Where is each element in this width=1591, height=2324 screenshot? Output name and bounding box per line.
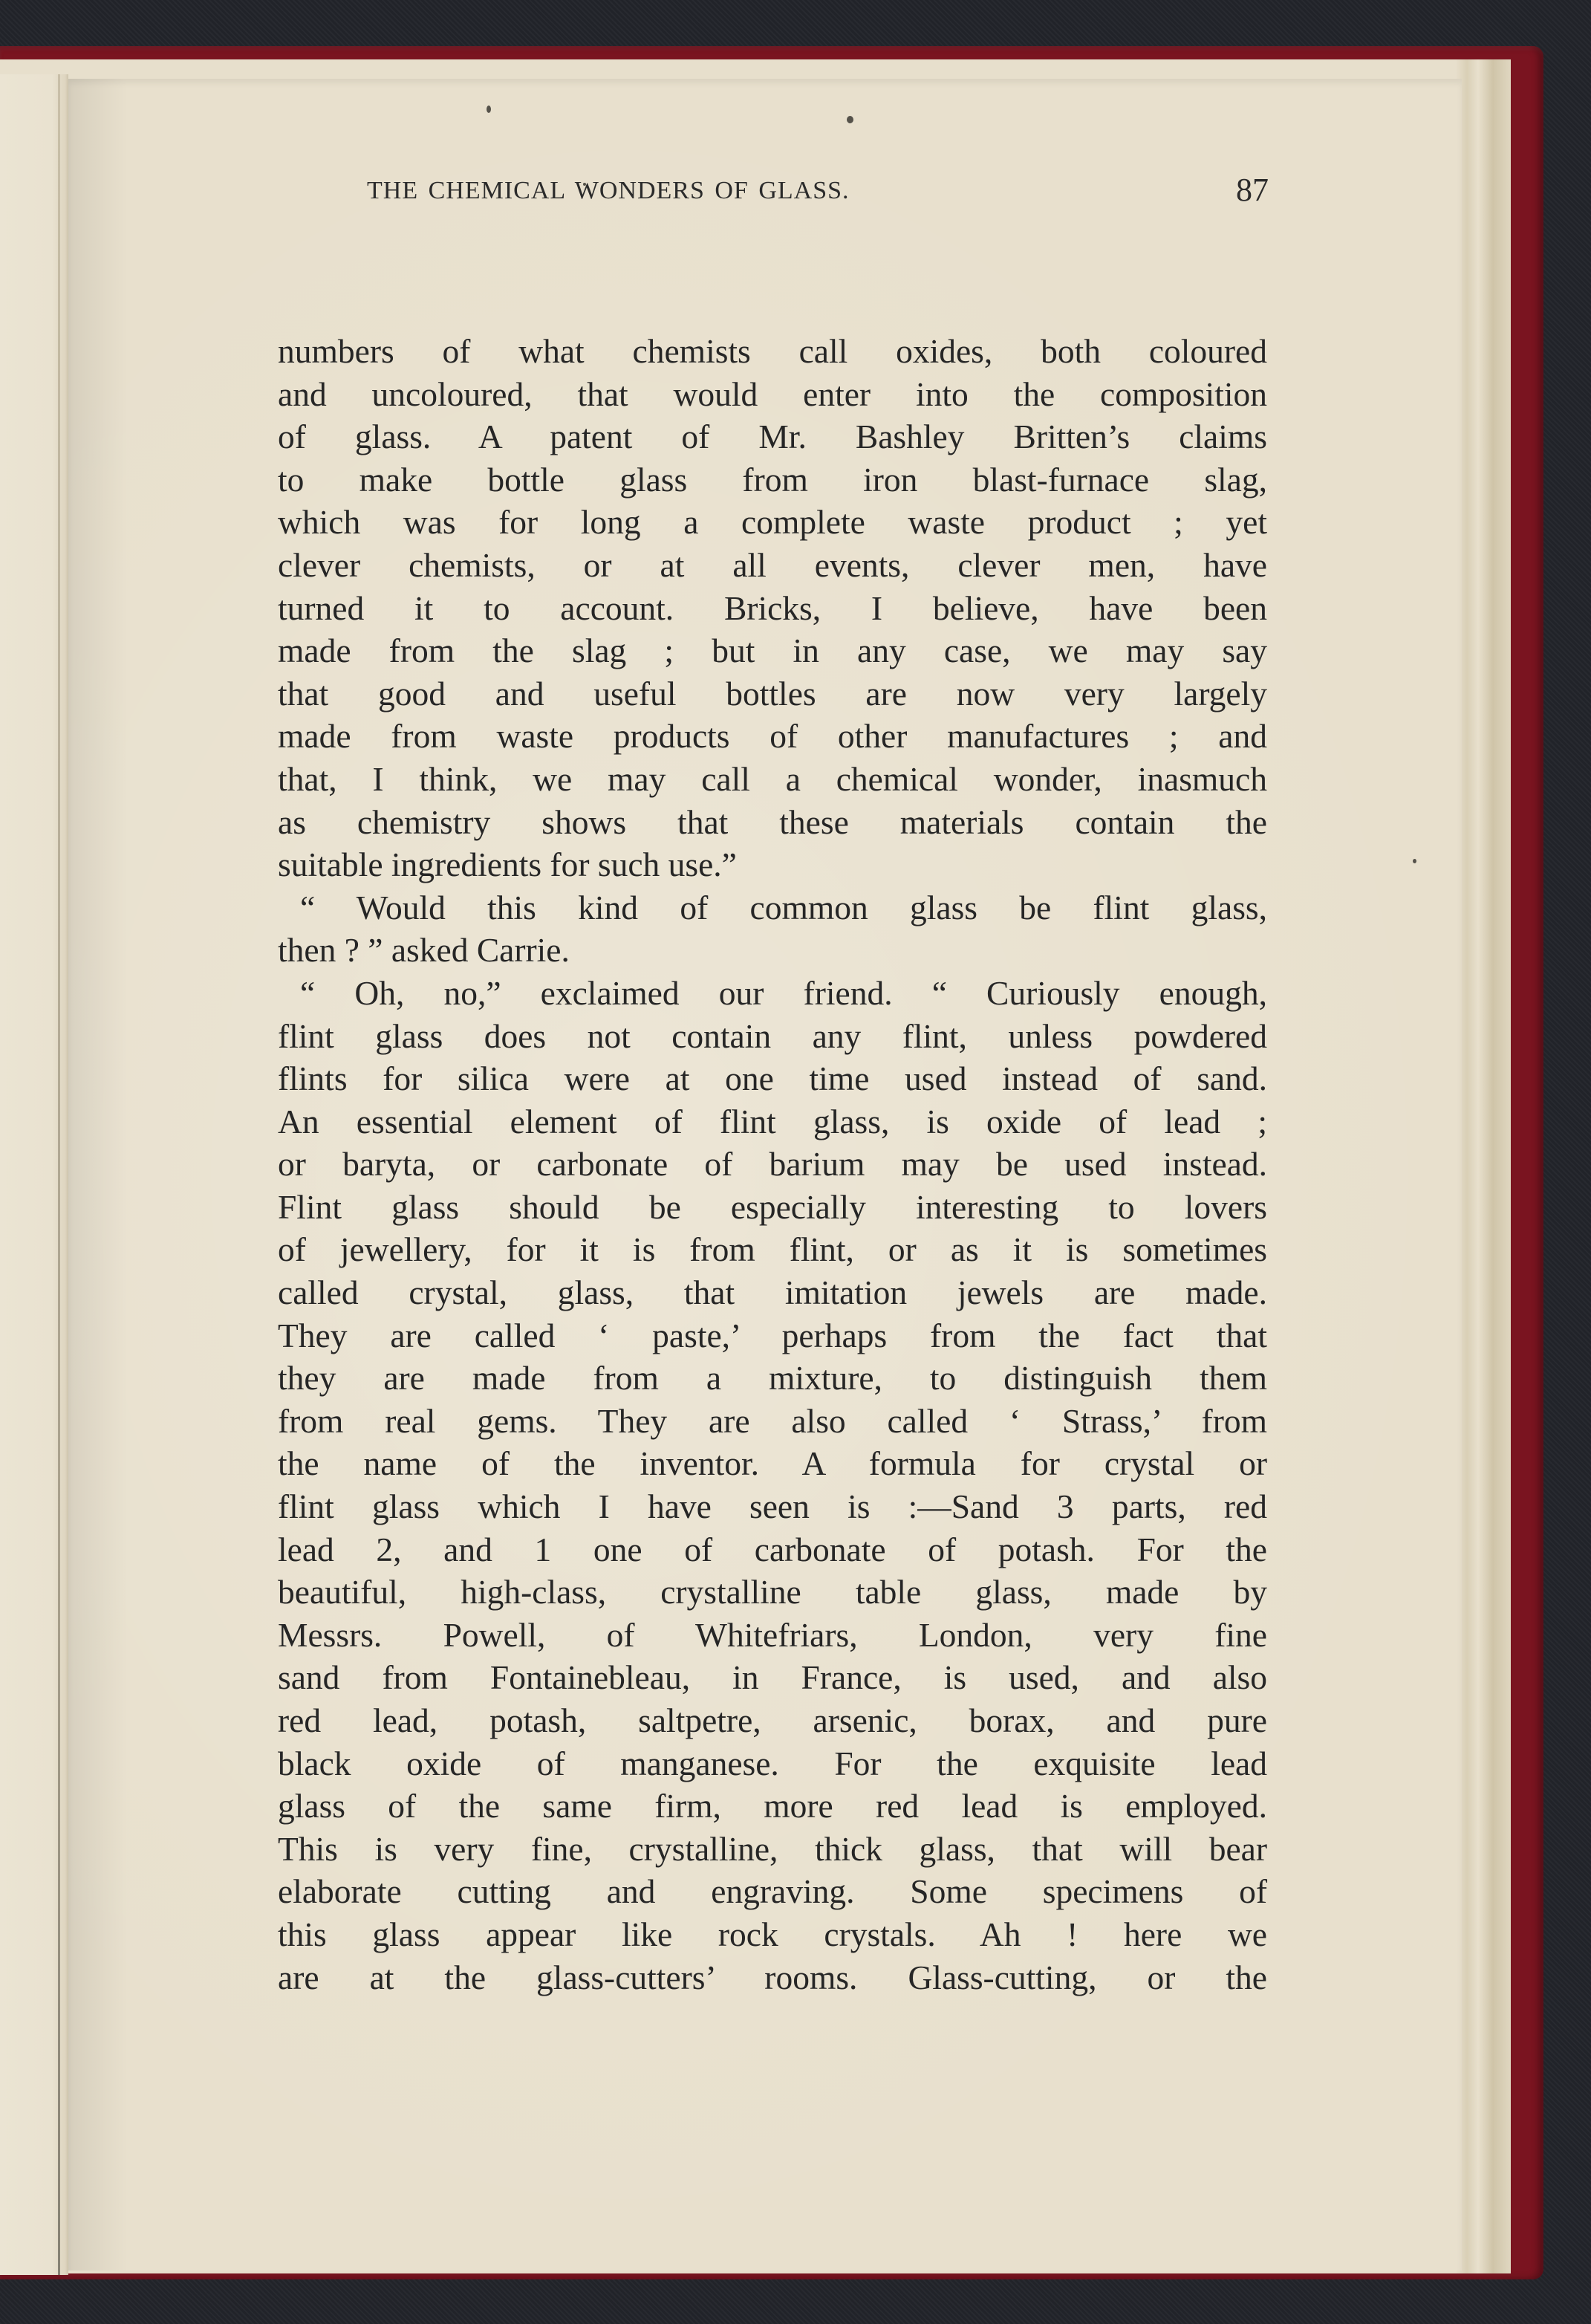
text-line: clever chemists, or at all events, cleve…: [278, 544, 1267, 587]
text-line: Flint glass should be especially interes…: [278, 1186, 1267, 1229]
paper-speck: [487, 106, 491, 113]
running-title: THE CHEMICAL WONDERS OF GLASS.: [367, 177, 850, 205]
text-line: red lead, potash, saltpetre, arsenic, bo…: [278, 1699, 1267, 1742]
text-line: beautiful, high-class, crystalline table…: [278, 1571, 1267, 1614]
text-line: “ Oh, no,” exclaimed our friend. “ Curio…: [278, 972, 1267, 1015]
text-line: this glass appear like rock crystals. Ah…: [278, 1913, 1267, 1956]
text-line: are at the glass-cutters’ rooms. Glass-c…: [278, 1956, 1267, 1999]
text-line: then ? ” asked Carrie.: [278, 929, 1267, 972]
text-line: of jewellery, for it is from flint, or a…: [278, 1228, 1267, 1271]
text-line: and uncoloured, that would enter into th…: [278, 373, 1267, 416]
page-number: 87: [1236, 171, 1269, 209]
gutter-line: [58, 74, 60, 2275]
text-line: numbers of what chemists call oxides, bo…: [278, 330, 1267, 373]
text-line: that good and useful bottles are now ver…: [278, 672, 1267, 715]
text-line: from real gems. They are also called ‘ S…: [278, 1400, 1267, 1443]
running-head: THE CHEMICAL WONDERS OF GLASS. 87: [367, 171, 1269, 215]
text-line: which was for long a complete waste prod…: [278, 501, 1267, 544]
text-line: of glass. A patent of Mr. Bashley Britte…: [278, 415, 1267, 458]
text-line: black oxide of manganese. For the exquis…: [278, 1742, 1267, 1785]
text-line: called crystal, glass, that imitation je…: [278, 1271, 1267, 1314]
text-line: turned it to account. Bricks, I believe,…: [278, 587, 1267, 630]
text-line: that, I think, we may call a chemical wo…: [278, 758, 1267, 801]
text-line: made from the slag ; but in any case, we…: [278, 629, 1267, 672]
text-line: as chemistry shows that these materials …: [278, 801, 1267, 844]
paper-speck: [1413, 859, 1416, 863]
text-line: They are called ‘ paste,’ perhaps from t…: [278, 1314, 1267, 1357]
text-line: An essential element of flint glass, is …: [278, 1100, 1267, 1143]
text-line: made from waste products of other manufa…: [278, 715, 1267, 758]
text-line: glass of the same firm, more red lead is…: [278, 1785, 1267, 1828]
text-line: to make bottle glass from iron blast-fur…: [278, 458, 1267, 502]
text-line: the name of the inventor. A formula for …: [278, 1442, 1267, 1485]
body-text: numbers of what chemists call oxides, bo…: [278, 330, 1267, 1999]
text-line: they are made from a mixture, to disting…: [278, 1357, 1267, 1400]
text-line: flints for silica were at one time used …: [278, 1057, 1267, 1100]
text-line: suitable ingredients for such use.”: [278, 843, 1267, 886]
paper-speck: [847, 116, 853, 123]
text-line: Messrs. Powell, of Whitefriars, London, …: [278, 1614, 1267, 1657]
text-line: lead 2, and 1 one of carbonate of potash…: [278, 1528, 1267, 1571]
text-line: flint glass which I have seen is :—Sand …: [278, 1485, 1267, 1528]
text-line: “ Would this kind of common glass be fli…: [278, 886, 1267, 929]
text-line: flint glass does not contain any flint, …: [278, 1015, 1267, 1058]
text-line: elaborate cutting and engraving. Some sp…: [278, 1870, 1267, 1913]
text-line: This is very fine, crystalline, thick gl…: [278, 1828, 1267, 1871]
text-line: or baryta, or carbonate of barium may be…: [278, 1143, 1267, 1186]
text-line: sand from Fontainebleau, in France, is u…: [278, 1656, 1267, 1699]
